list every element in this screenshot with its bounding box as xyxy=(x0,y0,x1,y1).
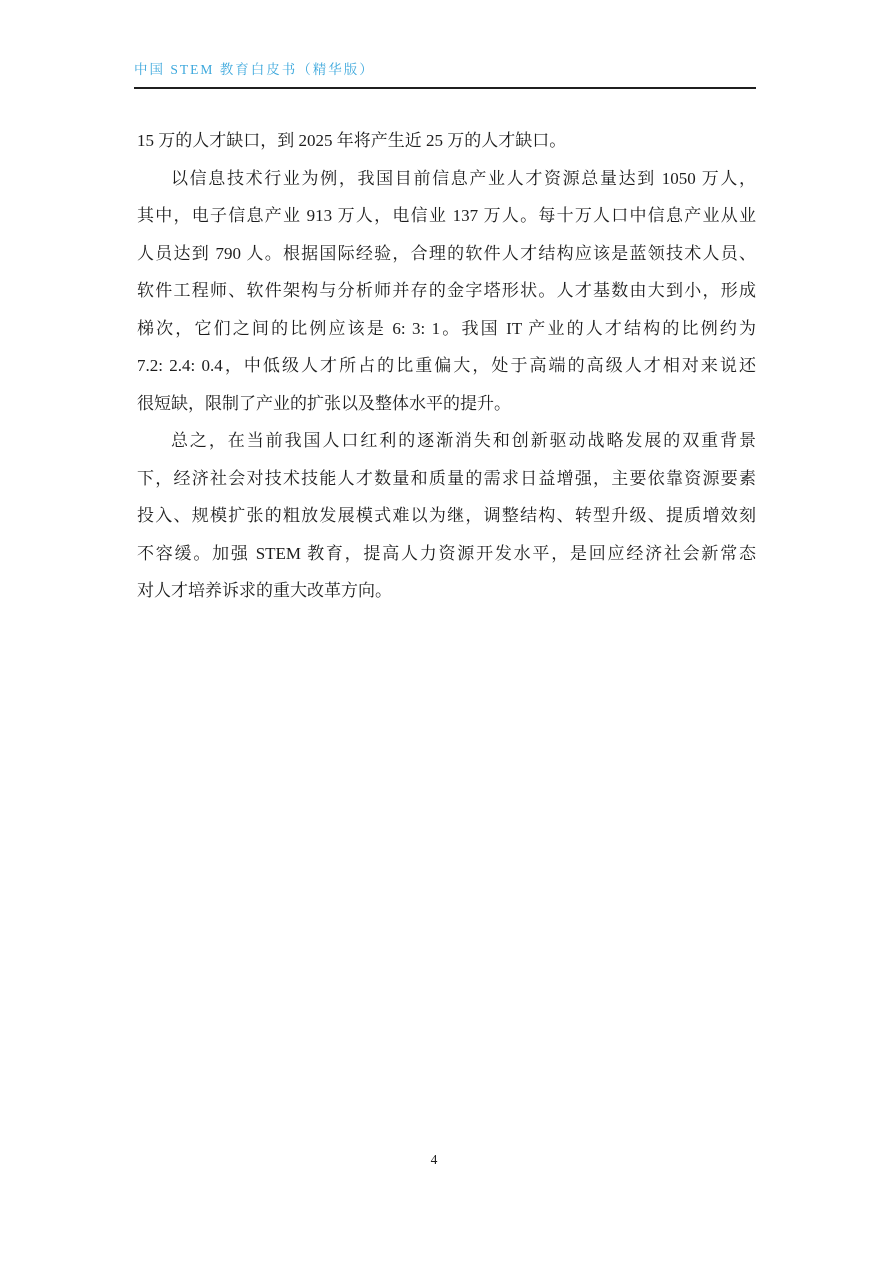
body-text-line: 梯次，它们之间的比例应该是 6: 3: 1。我国 IT 产业的人才结构的比例约为 xyxy=(137,310,756,348)
body-text-line: 总之，在当前我国人口红利的逐渐消失和创新驱动战略发展的双重背景 xyxy=(137,422,756,460)
page-footer: 4 xyxy=(0,1150,868,1170)
page-number: 4 xyxy=(431,1152,438,1167)
body-text-line: 很短缺，限制了产业的扩张以及整体水平的提升。 xyxy=(137,385,756,423)
body-text-line: 对人才培养诉求的重大改革方向。 xyxy=(137,572,756,610)
body-text-line: 下，经济社会对技术技能人才数量和质量的需求日益增强，主要依靠资源要素 xyxy=(137,460,756,498)
body-text-line: 软件工程师、软件架构与分析师并存的金字塔形状。人才基数由大到小，形成 xyxy=(137,272,756,310)
body-text: 15 万的人才缺口，到 2025 年将产生近 25 万的人才缺口。以信息技术行业… xyxy=(137,122,756,610)
body-text-line: 7.2: 2.4: 0.4，中低级人才所占的比重偏大，处于高端的高级人才相对来说… xyxy=(137,347,756,385)
body-text-line: 不容缓。加强 STEM 教育，提高人力资源开发水平，是回应经济社会新常态 xyxy=(137,535,756,573)
body-text-line: 人员达到 790 人。根据国际经验，合理的软件人才结构应该是蓝领技术人员、 xyxy=(137,235,756,273)
body-text-line: 其中，电子信息产业 913 万人，电信业 137 万人。每十万人口中信息产业从业 xyxy=(137,197,756,235)
running-header: 中国 STEM 教育白皮书（精华版） xyxy=(134,58,756,89)
document-page: 中国 STEM 教育白皮书（精华版） 15 万的人才缺口，到 2025 年将产生… xyxy=(0,0,892,1262)
body-text-line: 15 万的人才缺口，到 2025 年将产生近 25 万的人才缺口。 xyxy=(137,122,756,160)
body-text-line: 以信息技术行业为例，我国目前信息产业人才资源总量达到 1050 万人， xyxy=(137,160,756,198)
body-text-line: 投入、规模扩张的粗放发展模式难以为继，调整结构、转型升级、提质增效刻 xyxy=(137,497,756,535)
running-header-title: 中国 STEM 教育白皮书（精华版） xyxy=(134,62,375,77)
